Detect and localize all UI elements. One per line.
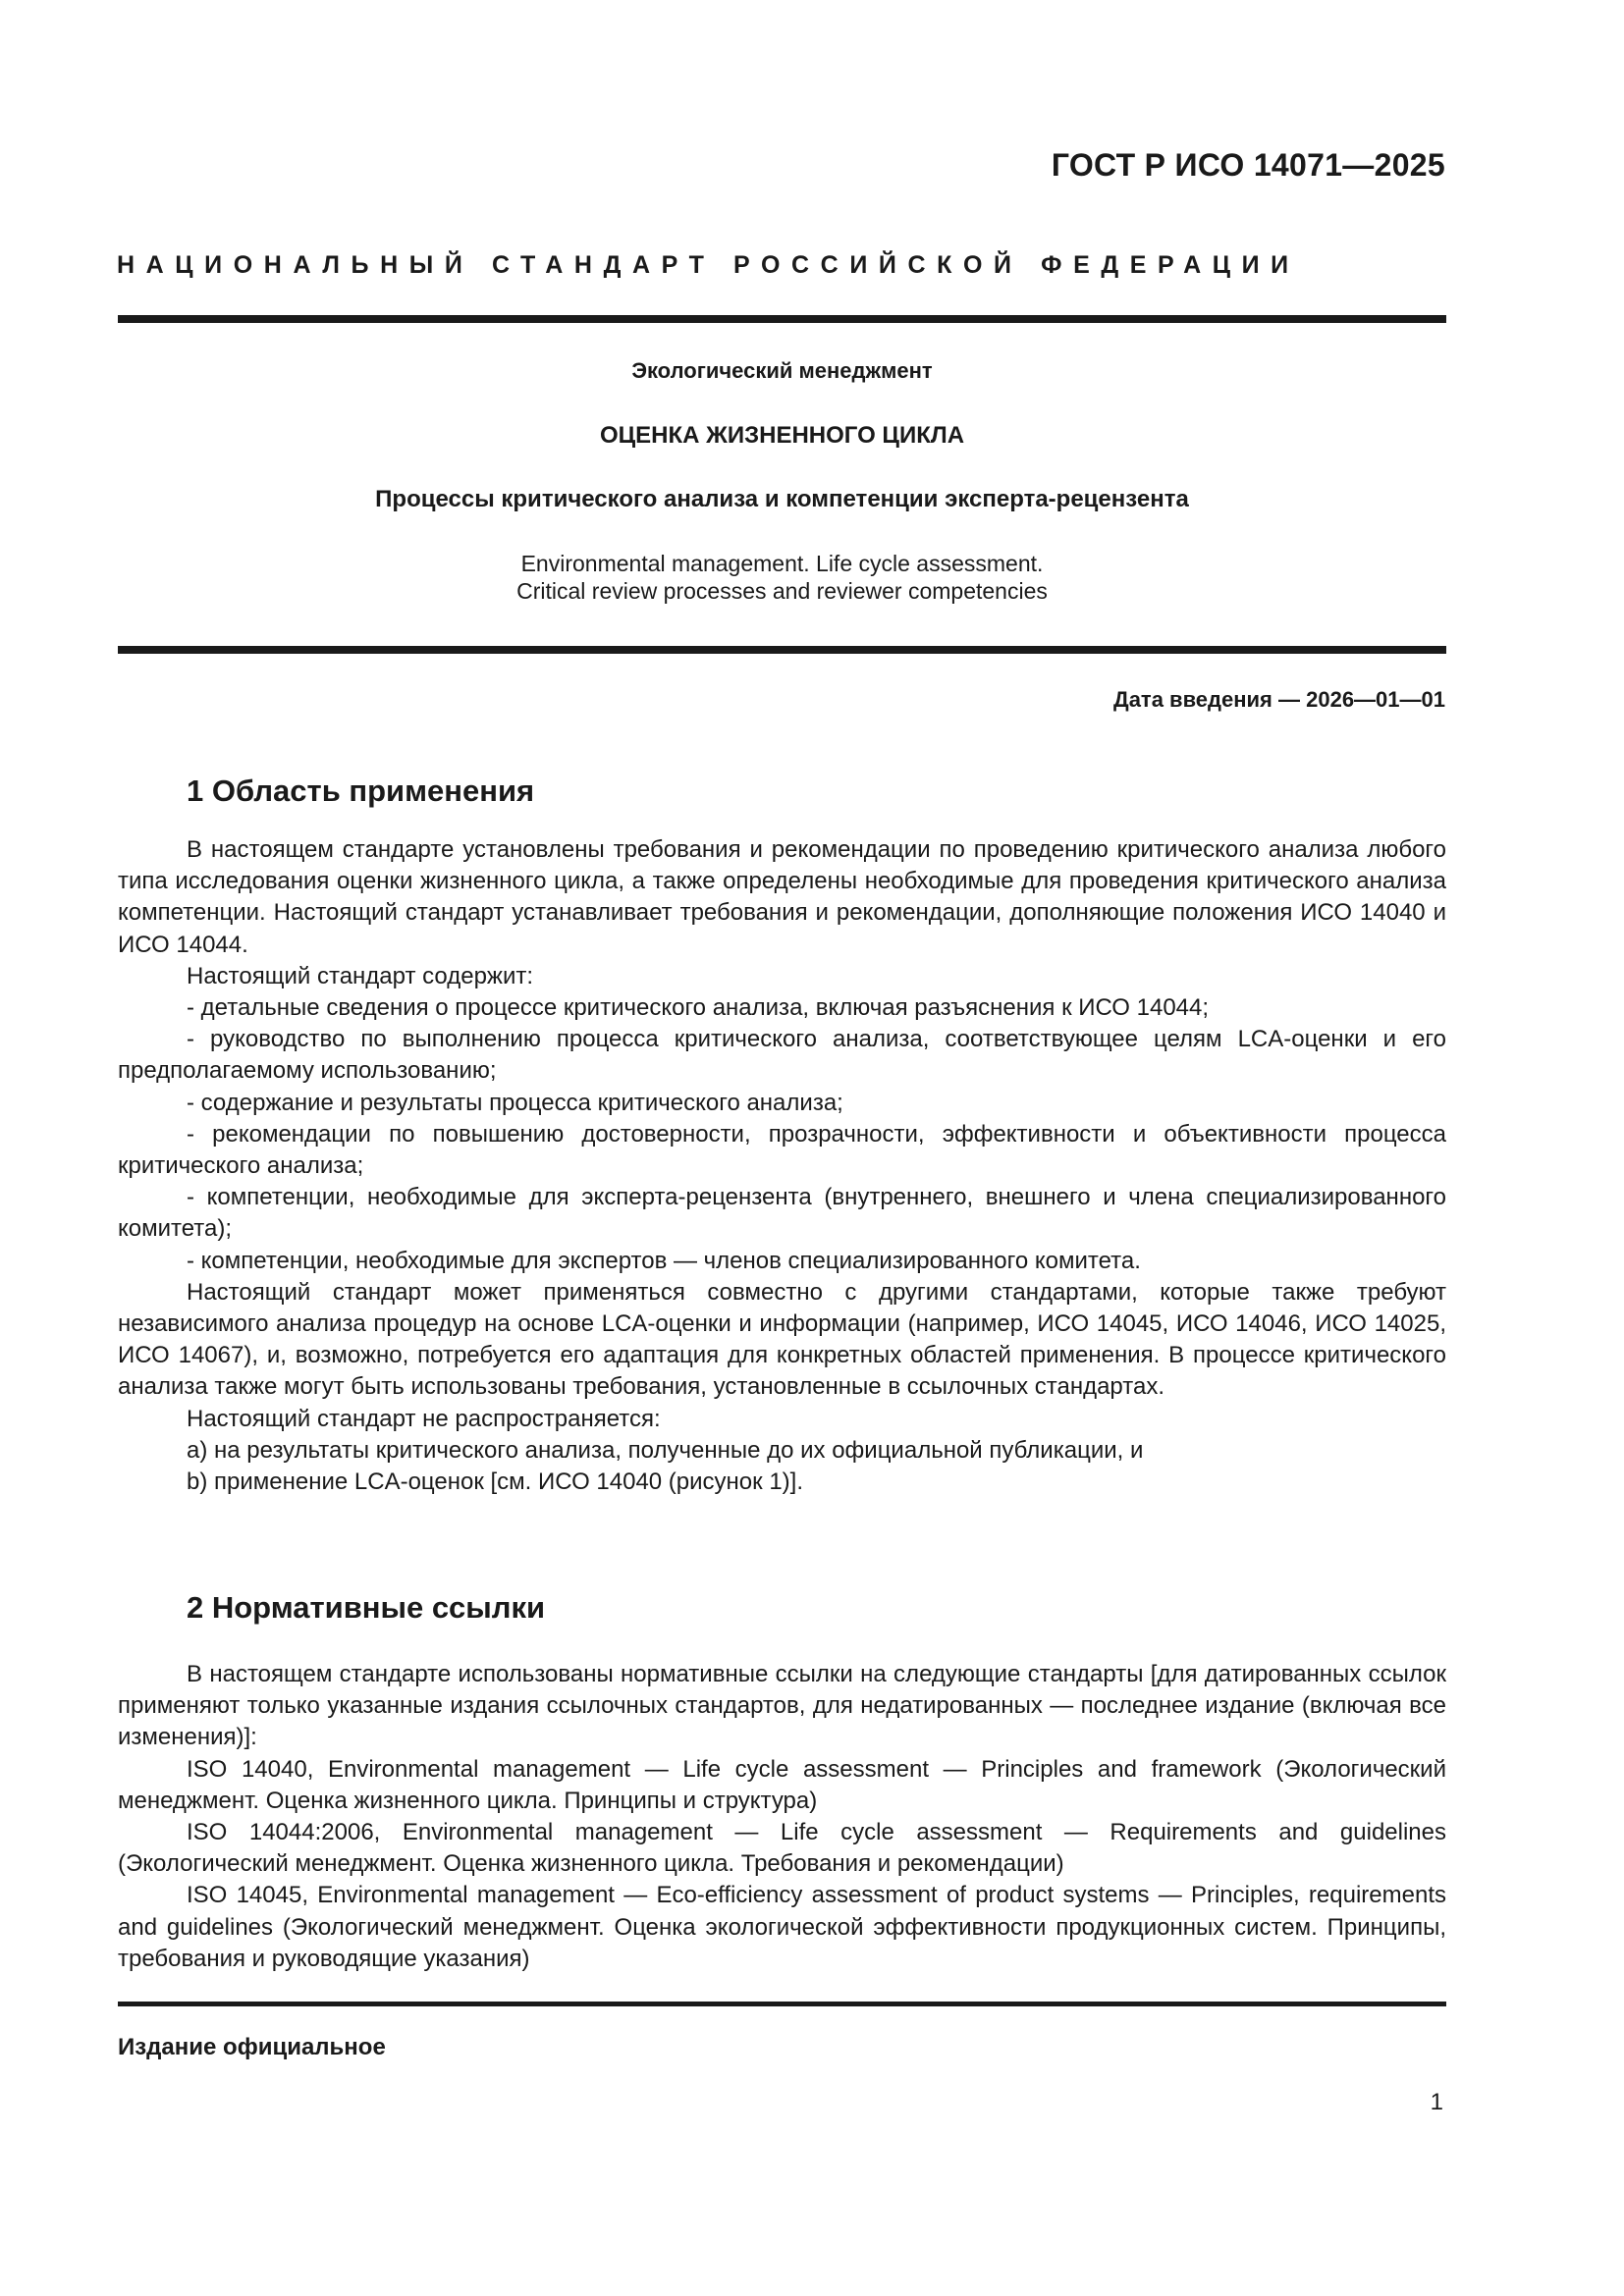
title-main: ОЦЕНКА ЖИЗНЕННОГО ЦИКЛА	[118, 422, 1446, 450]
title-sub: Процессы критического анализа и компетен…	[118, 486, 1446, 513]
paragraph: Настоящий стандарт может применяться сов…	[118, 1277, 1446, 1404]
document-number: ГОСТ Р ИСО 14071—2025	[1052, 147, 1445, 184]
reference-item: ISO 14045, Environmental management — Ec…	[118, 1880, 1446, 1975]
national-standard-banner: НАЦИОНАЛЬНЫЙ СТАНДАРТ РОССИЙСКОЙ ФЕДЕРАЦ…	[117, 251, 1446, 280]
list-item: - компетенции, необходимые для эксперта-…	[118, 1182, 1446, 1245]
intro-date: Дата введения — 2026—01—01	[1113, 687, 1445, 713]
list-item: a) на результаты критического анализа, п…	[118, 1435, 1446, 1467]
section-body-normative-references: В настоящем стандарте использованы норма…	[118, 1659, 1446, 1975]
reference-item: ISO 14044:2006, Environmental management…	[118, 1817, 1446, 1880]
english-title-line1: Environmental management. Life cycle ass…	[118, 550, 1446, 577]
page-number: 1	[1431, 2089, 1443, 2116]
list-item: - содержание и результаты процесса крити…	[118, 1088, 1446, 1119]
english-title: Environmental management. Life cycle ass…	[118, 550, 1446, 605]
section-heading-normative-references: 2 Нормативные ссылки	[187, 1590, 545, 1626]
section-heading-scope: 1 Область применения	[187, 774, 534, 809]
divider-bottom	[118, 2002, 1446, 2006]
divider-middle	[118, 646, 1446, 654]
list-item: - детальные сведения о процессе критичес…	[118, 992, 1446, 1024]
title-group: Экологический менеджмент	[118, 358, 1446, 384]
paragraph: Настоящий стандарт не распространяется:	[118, 1404, 1446, 1435]
section-body-scope: В настоящем стандарте установлены требов…	[118, 834, 1446, 1498]
divider-top	[118, 315, 1446, 323]
paragraph: В настоящем стандарте установлены требов…	[118, 834, 1446, 961]
list-item: - руководство по выполнению процесса кри…	[118, 1024, 1446, 1087]
paragraph: Настоящий стандарт содержит:	[118, 961, 1446, 992]
english-title-line2: Critical review processes and reviewer c…	[118, 577, 1446, 605]
list-item: - рекомендации по повышению достоверност…	[118, 1119, 1446, 1182]
reference-item: ISO 14040, Environmental management — Li…	[118, 1754, 1446, 1817]
paragraph: В настоящем стандарте использованы норма…	[118, 1659, 1446, 1754]
official-edition-label: Издание официальное	[118, 2034, 386, 2061]
list-item: - компетенции, необходимые для экспертов…	[118, 1246, 1446, 1277]
list-item: b) применение LCA-оценок [см. ИСО 14040 …	[118, 1467, 1446, 1498]
